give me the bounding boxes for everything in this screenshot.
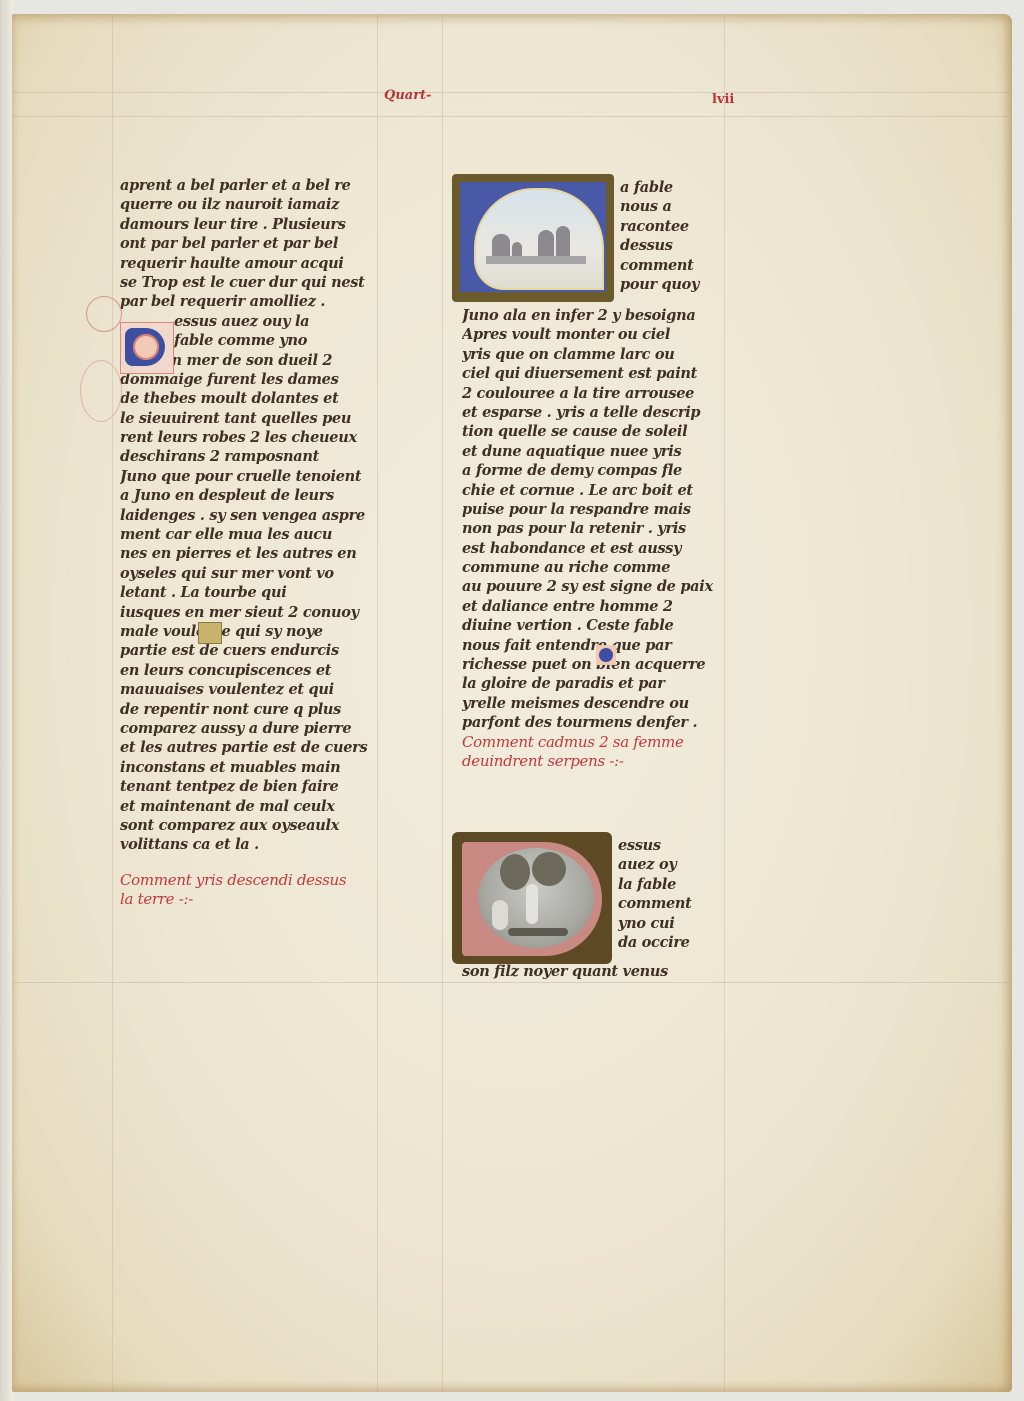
text-line: damours leur tire . Plusieurs: [120, 215, 380, 234]
rubric-line: la terre -:-: [120, 890, 380, 909]
figure: [526, 884, 538, 924]
text-line: auez oy: [618, 855, 718, 874]
text-line: tion quelle se cause de soleil: [462, 422, 727, 441]
ruling-line: [12, 116, 1012, 117]
ruling-line: [112, 14, 113, 1392]
text-line: aprent a bel parler et a bel re: [120, 176, 380, 195]
text-line: mauuaises voulentez et qui: [120, 680, 380, 699]
landscape-miniature: [474, 188, 604, 290]
historiated-initial-d-cadmus: [452, 832, 612, 964]
text-line: diuine vertion . Ceste fable: [462, 616, 727, 635]
folio-number: lvii: [712, 92, 734, 107]
text-line: commune au riche comme: [462, 558, 727, 577]
text-line: yno cui: [618, 914, 718, 933]
text-line: requerir haulte amour acqui: [120, 254, 380, 273]
text-line: puise pour la respandre mais: [462, 500, 727, 519]
tower-icon: [538, 230, 554, 258]
text-line: le sieuuirent tant quelles peu: [120, 409, 380, 428]
text-line: comment: [618, 894, 718, 913]
blue-initial-c: [596, 645, 616, 665]
text-line: iusques en mer sieut 2 conuoy: [120, 603, 380, 622]
text-line: richesse puet on bien acquerre: [462, 655, 727, 674]
text-line: comment: [620, 256, 720, 275]
penwork-flourish: [80, 360, 122, 422]
right-column-last-line: son filz noyer quant venus: [462, 962, 722, 981]
text-line: ciel qui diuersement est paint: [462, 364, 727, 383]
text-line: laidenges . sy sen vengea aspre: [120, 506, 380, 525]
text-line: Apres voult monter ou ciel: [462, 325, 727, 344]
ruling-line: [442, 14, 443, 1392]
text-line: comparez aussy a dure pierre: [120, 719, 380, 738]
text-line: est habondance et est aussy: [462, 539, 727, 558]
serpent: [508, 928, 568, 936]
text-line: 2 coulouree a la tire arrousee: [462, 384, 727, 403]
ruling-line: [12, 982, 1012, 983]
ground: [486, 256, 586, 264]
initial-counter: [133, 334, 159, 360]
text-line: la gloire de paradis et par: [462, 674, 727, 693]
text-line: par bel requerir amolliez .: [120, 292, 380, 311]
text-line: yrelle meismes descendre ou: [462, 694, 727, 713]
text-line: au pouure 2 sy est signe de paix: [462, 577, 727, 596]
running-title: Quart-: [384, 88, 431, 103]
text-line: se Trop est le cuer dur qui nest: [120, 273, 380, 292]
ruling-line: [12, 92, 1012, 93]
text-line: a Juno en despleut de leurs: [120, 486, 380, 505]
text-line: Juno ala en infer 2 y besoigna: [462, 306, 727, 325]
tree: [532, 852, 566, 886]
text-line: chie et cornue . Le arc boit et: [462, 481, 727, 500]
text-line: male voulente qui sy noye: [120, 622, 380, 641]
right-column-wrap-bottom: essus auez oy la fable comment yno cui d…: [618, 836, 718, 952]
grisaille-miniature: [478, 848, 594, 948]
text-line: nous a: [620, 197, 720, 216]
rubric-line: Comment yris descendi dessus: [120, 871, 380, 890]
text-line: son filz noyer quant venus: [462, 962, 722, 981]
text-line: volittans ca et la .: [120, 835, 380, 854]
penwork-flourish: [86, 296, 122, 332]
historiated-initial-l-landscape: [452, 174, 614, 302]
rubric-line: Comment cadmus 2 sa femme: [462, 733, 727, 752]
text-line: inconstans et muables main: [120, 758, 380, 777]
text-line: la fable: [618, 875, 718, 894]
decorated-initial-d: [120, 322, 174, 374]
text-line: non pas pour la retenir . yris: [462, 519, 727, 538]
left-column: aprent a bel parler et a bel re querre o…: [120, 176, 380, 909]
tree: [500, 854, 530, 890]
text-line: querre ou ilz nauroit iamaiz: [120, 195, 380, 214]
text-line: da occire: [618, 933, 718, 952]
text-line: de thebes moult dolantes et: [120, 389, 380, 408]
text-line: et esparse . yris a telle descrip: [462, 403, 727, 422]
text-line: nes en pierres et les autres en: [120, 544, 380, 563]
text-line: a forme de demy compas fle: [462, 461, 727, 480]
text-line: nous fait entendre que par: [462, 636, 727, 655]
text-line: yris que on clamme larc ou: [462, 345, 727, 364]
spacer: [120, 855, 380, 871]
text-line: en leurs concupiscences et: [120, 661, 380, 680]
text-line: deschirans 2 ramposnant: [120, 447, 380, 466]
text-line: oyseles qui sur mer vont vo: [120, 564, 380, 583]
rubric-line: deuindrent serpens -:-: [462, 752, 727, 771]
right-column-wrap-top: a fable nous a racontee dessus comment p…: [620, 178, 720, 294]
figure: [492, 900, 508, 930]
text-line: letant . La tourbe qui: [120, 583, 380, 602]
text-line: sont comparez aux oyseaulx: [120, 816, 380, 835]
right-column: Juno ala en infer 2 y besoigna Apres vou…: [462, 306, 727, 771]
text-line: a fable: [620, 178, 720, 197]
text-line: dessus: [620, 236, 720, 255]
tower-icon: [492, 234, 510, 258]
text-line: de repentir nont cure q plus: [120, 700, 380, 719]
text-line: tenant tentpez de bien faire: [120, 777, 380, 796]
text-line: et daliance entre homme 2: [462, 597, 727, 616]
text-line: essus: [618, 836, 718, 855]
text-line: et les autres partie est de cuers: [120, 738, 380, 757]
text-line: parfont des tourmens denfer .: [462, 713, 727, 732]
text-line: ont par bel parler et par bel: [120, 234, 380, 253]
text-line: Juno que pour cruelle tenoient: [120, 467, 380, 486]
tower-icon: [556, 226, 570, 258]
text-line: pour quoy: [620, 275, 720, 294]
text-line: rent leurs robes 2 les cheueux: [120, 428, 380, 447]
text-line: partie est de cuers endurcis: [120, 641, 380, 660]
text-line: ment car elle mua les aucu: [120, 525, 380, 544]
text-line: et maintenant de mal ceulx: [120, 797, 380, 816]
gilt-initial-l: [198, 622, 222, 644]
text-line: racontee: [620, 217, 720, 236]
text-line: et dune aquatique nuee yris: [462, 442, 727, 461]
